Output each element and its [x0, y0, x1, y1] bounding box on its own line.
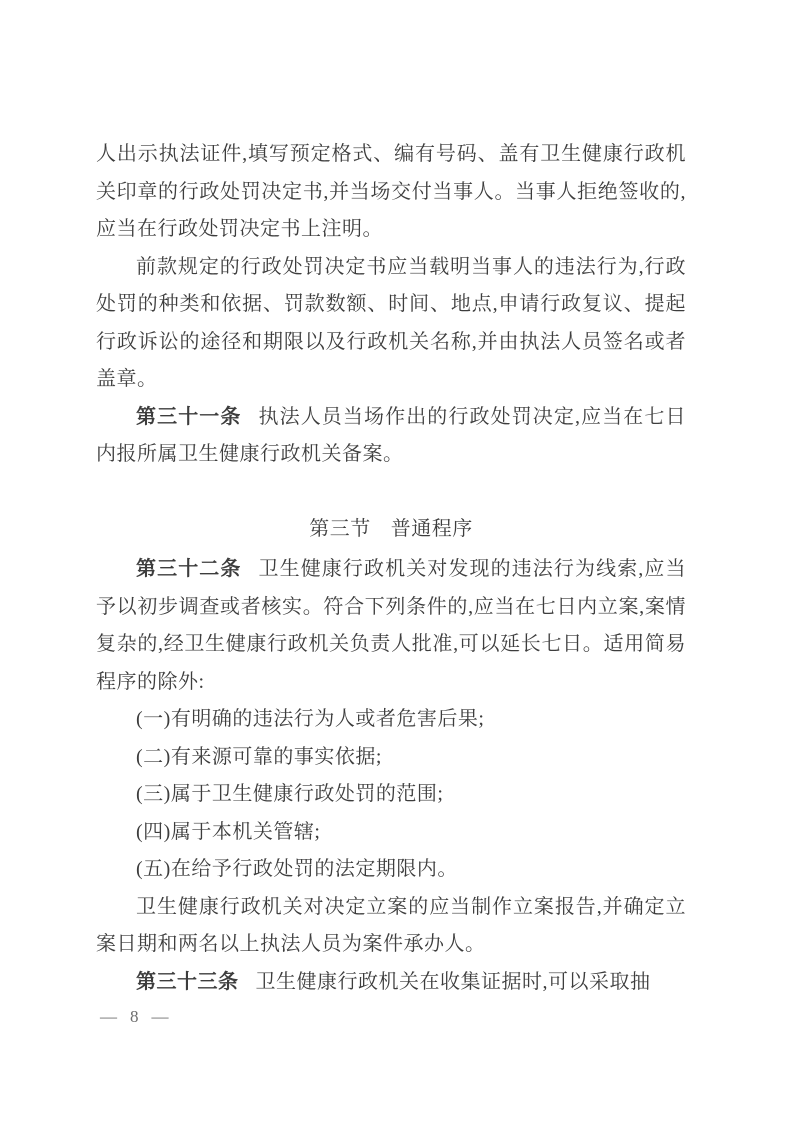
- list-item-1: (一)有明确的违法行为人或者危害后果;: [96, 701, 686, 739]
- footer-left-dash: —: [100, 1005, 117, 1029]
- paragraph-body: 卫生健康行政机关对决定立案的应当制作立案报告,并确定立案日期和两名以上执法人员为…: [96, 889, 686, 964]
- section-heading: 第三节普通程序: [96, 511, 686, 549]
- page-content: 人出示执法证件,填写预定格式、编有号码、盖有卫生健康行政机关印章的行政处罚决定书…: [96, 136, 686, 1001]
- list-item-2: (二)有来源可靠的事实依据;: [96, 739, 686, 777]
- paragraph-body: 前款规定的行政处罚决定书应当载明当事人的违法行为,行政处罚的种类和依据、罚款数额…: [96, 249, 686, 399]
- article-31-number: 第三十一条: [136, 406, 242, 428]
- article-33-text: 卫生健康行政机关在收集证据时,可以采取抽: [256, 971, 651, 993]
- footer-page-number: 8: [130, 1005, 139, 1029]
- article-32-number: 第三十二条: [136, 558, 242, 580]
- list-item-4: (四)属于本机关管辖;: [96, 814, 686, 852]
- list-item-3: (三)属于卫生健康行政处罚的范围;: [96, 776, 686, 814]
- article-31-paragraph: 第三十一条执法人员当场作出的行政处罚决定,应当在七日内报所属卫生健康行政机关备案…: [96, 399, 686, 474]
- paragraph-continuation: 人出示执法证件,填写预定格式、编有号码、盖有卫生健康行政机关印章的行政处罚决定书…: [96, 136, 686, 249]
- section-heading-title: 普通程序: [391, 518, 473, 540]
- article-33-number: 第三十三条: [136, 971, 239, 993]
- list-item-5: (五)在给予行政处罚的法定期限内。: [96, 851, 686, 889]
- section-heading-label: 第三节: [309, 518, 371, 540]
- document-page: 人出示执法证件,填写预定格式、编有号码、盖有卫生健康行政机关印章的行政处罚决定书…: [0, 0, 793, 1121]
- footer-right-dash: —: [152, 1005, 169, 1029]
- article-33-paragraph: 第三十三条卫生健康行政机关在收集证据时,可以采取抽: [96, 964, 686, 1002]
- article-32-paragraph: 第三十二条卫生健康行政机关对发现的违法行为线索,应当予以初步调查或者核实。符合下…: [96, 551, 686, 701]
- page-number: — 8 —: [100, 1005, 169, 1029]
